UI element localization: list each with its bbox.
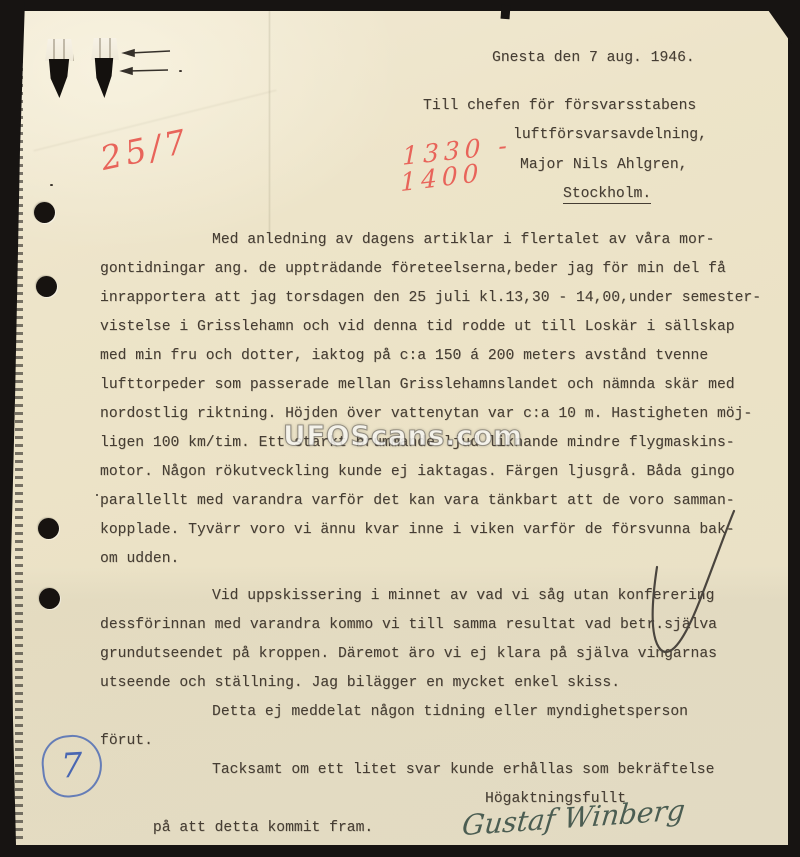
scan-edge-notch xyxy=(501,5,511,20)
letter-line: utseende och ställning. Jag bilägger en … xyxy=(100,669,790,698)
letter-dateline: Gnesta den 7 aug. 1946. xyxy=(492,50,695,66)
punch-hole xyxy=(38,518,59,539)
paper-fold-line xyxy=(269,11,270,235)
paragraph-3: Detta ej meddelat någon tidning eller my… xyxy=(100,698,790,756)
scan-border-right xyxy=(788,0,800,857)
letter-line: Vid uppskissering i minnet av vad vi såg… xyxy=(100,582,790,611)
paper-fastener-cap-icon xyxy=(45,39,74,61)
letter-line: Tacksamt om ett litet svar kunde erhålla… xyxy=(100,756,790,785)
scan-border-bottom xyxy=(0,845,800,857)
paragraph-2: Vid uppskissering i minnet av vad vi såg… xyxy=(100,582,790,698)
letter-line: förut. xyxy=(100,727,790,756)
letter-line: lufttorpeder som passerade mellan Grissl… xyxy=(100,371,790,400)
letter-line: med min fru och dotter, iaktog på c:a 15… xyxy=(100,342,790,371)
watermark-text: UFOScans.com xyxy=(283,419,519,452)
letter-line: motor. Någon rökutveckling kunde ej iakt… xyxy=(100,458,790,487)
letter-line: Detta ej meddelat någon tidning eller my… xyxy=(100,698,790,727)
ink-speck xyxy=(96,494,98,496)
paper-fastener-cap-icon xyxy=(91,38,119,60)
punch-hole xyxy=(36,276,57,297)
closing-left-text: på att detta kommit fram. xyxy=(153,820,373,836)
punch-hole xyxy=(39,588,60,609)
letter-line: kopplade. Tyvärr voro vi ännu kvar inne … xyxy=(100,516,790,545)
letter-line: parallellt med varandra varför det kan v… xyxy=(100,487,790,516)
recipient-line: luftförsvarsavdelning, xyxy=(513,127,707,143)
scan-border-top xyxy=(0,0,800,11)
paragraph-1: Med anledning av dagens artiklar i flert… xyxy=(100,226,790,574)
scanned-letter-page: Gnesta den 7 aug. 1946. Till chefen för … xyxy=(0,0,800,857)
letter-line: dessförinnan med varandra kommo vi till … xyxy=(100,611,790,640)
letter-line: inrapportera att jag torsdagen den 25 ju… xyxy=(100,284,790,313)
ink-speck xyxy=(179,70,182,72)
letter-line: vistelse i Grisslehamn och vid denna tid… xyxy=(100,313,790,342)
letter-line: grundutseendet på kroppen. Däremot äro v… xyxy=(100,640,790,669)
recipient-line: Major Nils Ahlgren, xyxy=(520,157,687,173)
recipient-city: Stockholm. xyxy=(563,186,651,204)
punch-hole xyxy=(34,202,55,223)
ragged-paper-edge xyxy=(15,20,23,840)
letter-line: om udden. xyxy=(100,545,790,574)
page-number-text: 7 xyxy=(60,745,84,786)
letter-line: Med anledning av dagens artiklar i flert… xyxy=(100,226,790,255)
letter-line: gontidningar ang. de uppträdande företee… xyxy=(100,255,790,284)
recipient-line: Till chefen för försvarsstabens xyxy=(423,98,696,114)
ink-speck xyxy=(50,184,53,186)
